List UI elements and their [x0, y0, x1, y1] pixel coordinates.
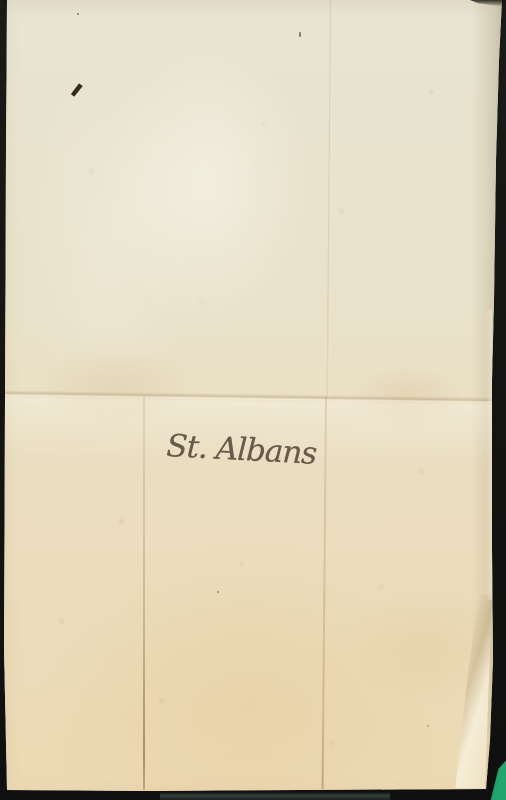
paper-speck	[217, 591, 219, 593]
ink-blot-mark	[70, 82, 83, 98]
paper-speck	[77, 13, 79, 15]
right-edge-highlight	[486, 310, 492, 600]
fold-crease-vertical-lower-left	[143, 396, 145, 790]
fold-crease-vertical-upper	[327, 0, 333, 398]
handwriting-annotation: St. Albans	[150, 396, 364, 482]
scanner-edge-stripe	[160, 792, 390, 800]
scan-background: St. Albans	[0, 0, 506, 800]
turned-corner-highlight	[455, 594, 492, 789]
chroma-corner-tab	[489, 757, 506, 800]
paper-speck	[299, 32, 301, 37]
handwriting-text: St. Albans	[166, 428, 318, 472]
paper-toning-freckles	[0, 0, 3, 3]
paper-sheet: St. Albans	[0, 0, 506, 800]
paper-speck	[427, 725, 429, 727]
